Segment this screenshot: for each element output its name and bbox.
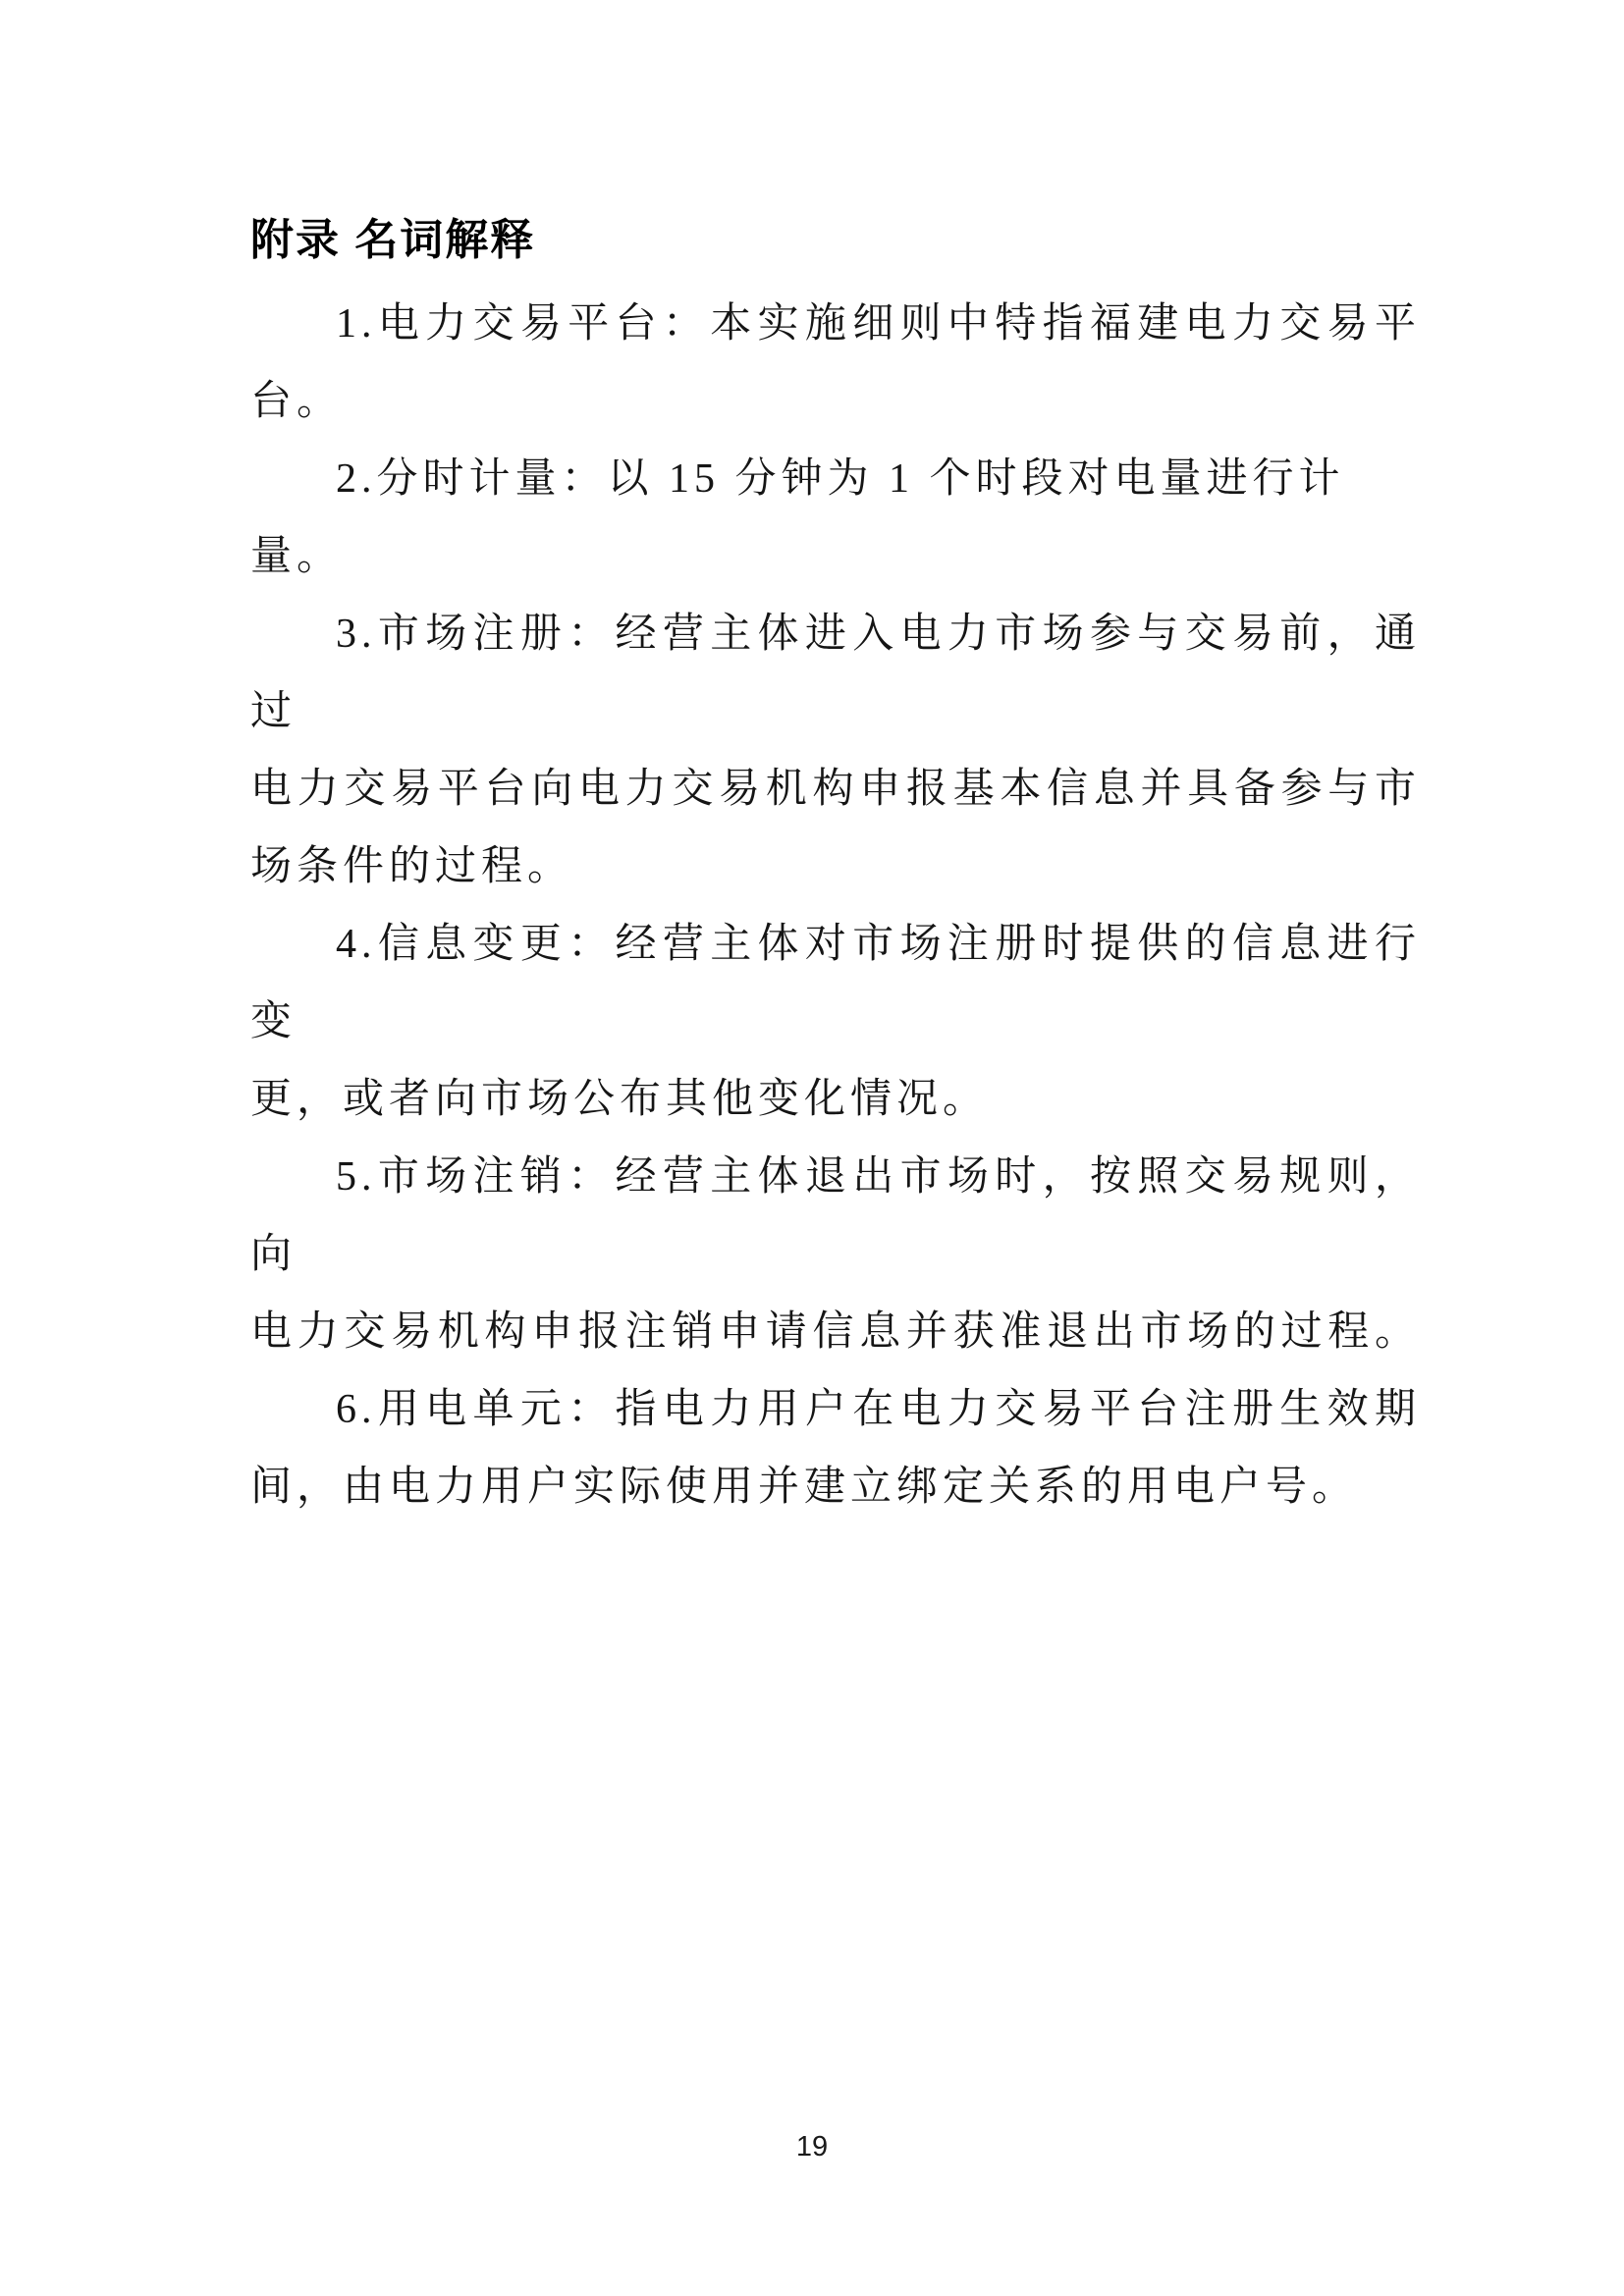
paragraph-line: 3.市场注册：经营主体进入电力市场参与交易前，通过 (250, 596, 1421, 751)
paragraph-line: 2.分时计量：以 15 分钟为 1 个时段对电量进行计量。 (250, 441, 1421, 596)
page-number: 19 (0, 2130, 1624, 2163)
paragraph-line: 间，由电力用户实际使用并建立绑定关系的用电户号。 (250, 1449, 1421, 1526)
paragraph-line: 6.用电单元：指电力用户在电力交易平台注册生效期 (250, 1371, 1421, 1449)
paragraph-line: 4.信息变更：经营主体对市场注册时提供的信息进行变 (250, 906, 1421, 1061)
glossary-item-5: 5.市场注销：经营主体退出市场时，按照交易规则，向 电力交易机构申报注销申请信息… (250, 1139, 1421, 1371)
paragraph-line: 电力交易平台向电力交易机构申报基本信息并具备参与市 (250, 751, 1421, 828)
paragraph-line: 场条件的过程。 (250, 828, 1421, 906)
appendix-heading: 附录 名词解释 (250, 214, 1421, 266)
paragraph-line: 更，或者向市场公布其他变化情况。 (250, 1061, 1421, 1139)
paragraph-line: 5.市场注销：经营主体退出市场时，按照交易规则，向 (250, 1139, 1421, 1294)
paragraph-line: 台。 (250, 363, 1421, 441)
glossary-item-2: 2.分时计量：以 15 分钟为 1 个时段对电量进行计量。 (250, 441, 1421, 596)
paragraph-line: 1.电力交易平台：本实施细则中特指福建电力交易平 (250, 286, 1421, 363)
glossary-item-1: 1.电力交易平台：本实施细则中特指福建电力交易平 台。 (250, 286, 1421, 441)
document-page: { "page": { "number": "19" }, "content":… (0, 0, 1624, 2296)
glossary-item-3: 3.市场注册：经营主体进入电力市场参与交易前，通过 电力交易平台向电力交易机构申… (250, 596, 1421, 906)
paragraph-line: 电力交易机构申报注销申请信息并获准退出市场的过程。 (250, 1294, 1421, 1371)
glossary-item-6: 6.用电单元：指电力用户在电力交易平台注册生效期 间，由电力用户实际使用并建立绑… (250, 1371, 1421, 1526)
glossary-body: 1.电力交易平台：本实施细则中特指福建电力交易平 台。 2.分时计量：以 15 … (250, 286, 1421, 1526)
glossary-item-4: 4.信息变更：经营主体对市场注册时提供的信息进行变 更，或者向市场公布其他变化情… (250, 906, 1421, 1139)
